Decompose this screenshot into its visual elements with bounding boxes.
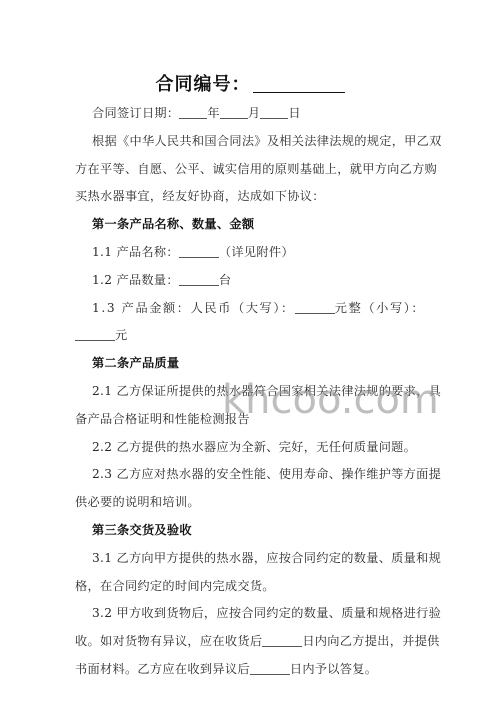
item-3-2-line-2-prefix: 收。如对货物有异议，应在收货后 xyxy=(75,634,262,648)
section-3-heading: 第三条交货及验收 xyxy=(75,517,427,545)
item-1-1-note: （详见附件） xyxy=(219,245,294,259)
month-blank xyxy=(220,104,248,119)
item-3-2-line-3-suffix: 日内予以答复。 xyxy=(290,662,377,676)
year-blank xyxy=(179,104,207,119)
watermark: khcoo.com xyxy=(222,380,439,420)
item-1-3-unit: 元 xyxy=(115,328,128,342)
intro-line-3: 买热水器事宜，经友好协商，达成如下协议： xyxy=(75,183,427,211)
item-1-3-label: 1.3 产品金额：人民币（大写）： xyxy=(92,301,295,315)
item-3-2-line-2-suffix: 日内向乙方提出，并提供 xyxy=(302,634,439,648)
item-3-2-line-1: 3.2 甲方收到货物后，应按合同约定的数量、质量和规格进行验 xyxy=(75,600,427,628)
section-1-heading: 第一条产品名称、数量、金额 xyxy=(75,211,427,239)
item-2-3-line-2: 供必要的说明和培训。 xyxy=(75,489,427,517)
contract-number-blank xyxy=(253,74,345,93)
intro-line-2: 方在平等、自愿、公平、诚实信用的原则基础上，就甲方向乙方购 xyxy=(75,156,427,184)
item-2-3-line-1: 2.3 乙方应对热水器的安全性能、使用寿命、操作维护等方面提 xyxy=(75,461,427,489)
sign-date-line: 合同签订日期：年月日 xyxy=(75,100,427,128)
item-1-2-label: 1.2 产品数量： xyxy=(92,273,179,287)
sign-date-label: 合同签订日期： xyxy=(92,106,179,120)
item-3-1-line-1: 3.1 乙方向甲方提供的热水器，应按合同约定的数量、质量和规 xyxy=(75,545,427,573)
day-blank xyxy=(260,104,288,119)
product-quantity-blank xyxy=(179,271,219,286)
objection-days-blank xyxy=(262,632,302,647)
item-2-2: 2.2 乙方提供的热水器应为全新、完好，无任何质量问题。 xyxy=(75,434,427,462)
title-label: 合同编号： xyxy=(156,74,251,95)
item-1-2-unit: 台 xyxy=(219,273,232,287)
item-1-2: 1.2 产品数量：台 xyxy=(75,267,427,295)
item-1-3-mid: 元整（小写）： xyxy=(335,301,425,315)
item-3-2-line-2: 收。如对货物有异议，应在收货后日内向乙方提出，并提供 xyxy=(75,628,427,656)
contract-number-title: 合同编号： xyxy=(0,70,500,96)
amount-lowercase-blank xyxy=(75,326,115,341)
item-1-3-cont: 元 xyxy=(75,322,427,350)
reply-days-blank xyxy=(250,660,290,675)
year-label: 年 xyxy=(207,106,220,120)
item-1-1-label: 1.1 产品名称： xyxy=(92,245,179,259)
intro-line-1: 根据《中华人民共和国合同法》及相关法律法规的规定，甲乙双 xyxy=(75,128,427,156)
product-name-blank xyxy=(179,243,219,258)
item-1-1: 1.1 产品名称：（详见附件） xyxy=(75,239,427,267)
amount-uppercase-blank xyxy=(295,299,335,314)
item-1-3: 1.3 产品金额：人民币（大写）：元整（小写）： xyxy=(75,295,427,323)
item-3-2-line-3-prefix: 书面材料。乙方应在收到异议后 xyxy=(75,662,250,676)
item-3-1-line-2: 格，在合同约定的时间内完成交货。 xyxy=(75,573,427,601)
day-label: 日 xyxy=(288,106,301,120)
section-2-heading: 第二条产品质量 xyxy=(75,350,427,378)
item-3-2-line-3: 书面材料。乙方应在收到异议后日内予以答复。 xyxy=(75,656,427,684)
month-label: 月 xyxy=(248,106,261,120)
document-page: 合同编号： 合同签订日期：年月日 根据《中华人民共和国合同法》及相关法律法规的规… xyxy=(0,0,500,707)
